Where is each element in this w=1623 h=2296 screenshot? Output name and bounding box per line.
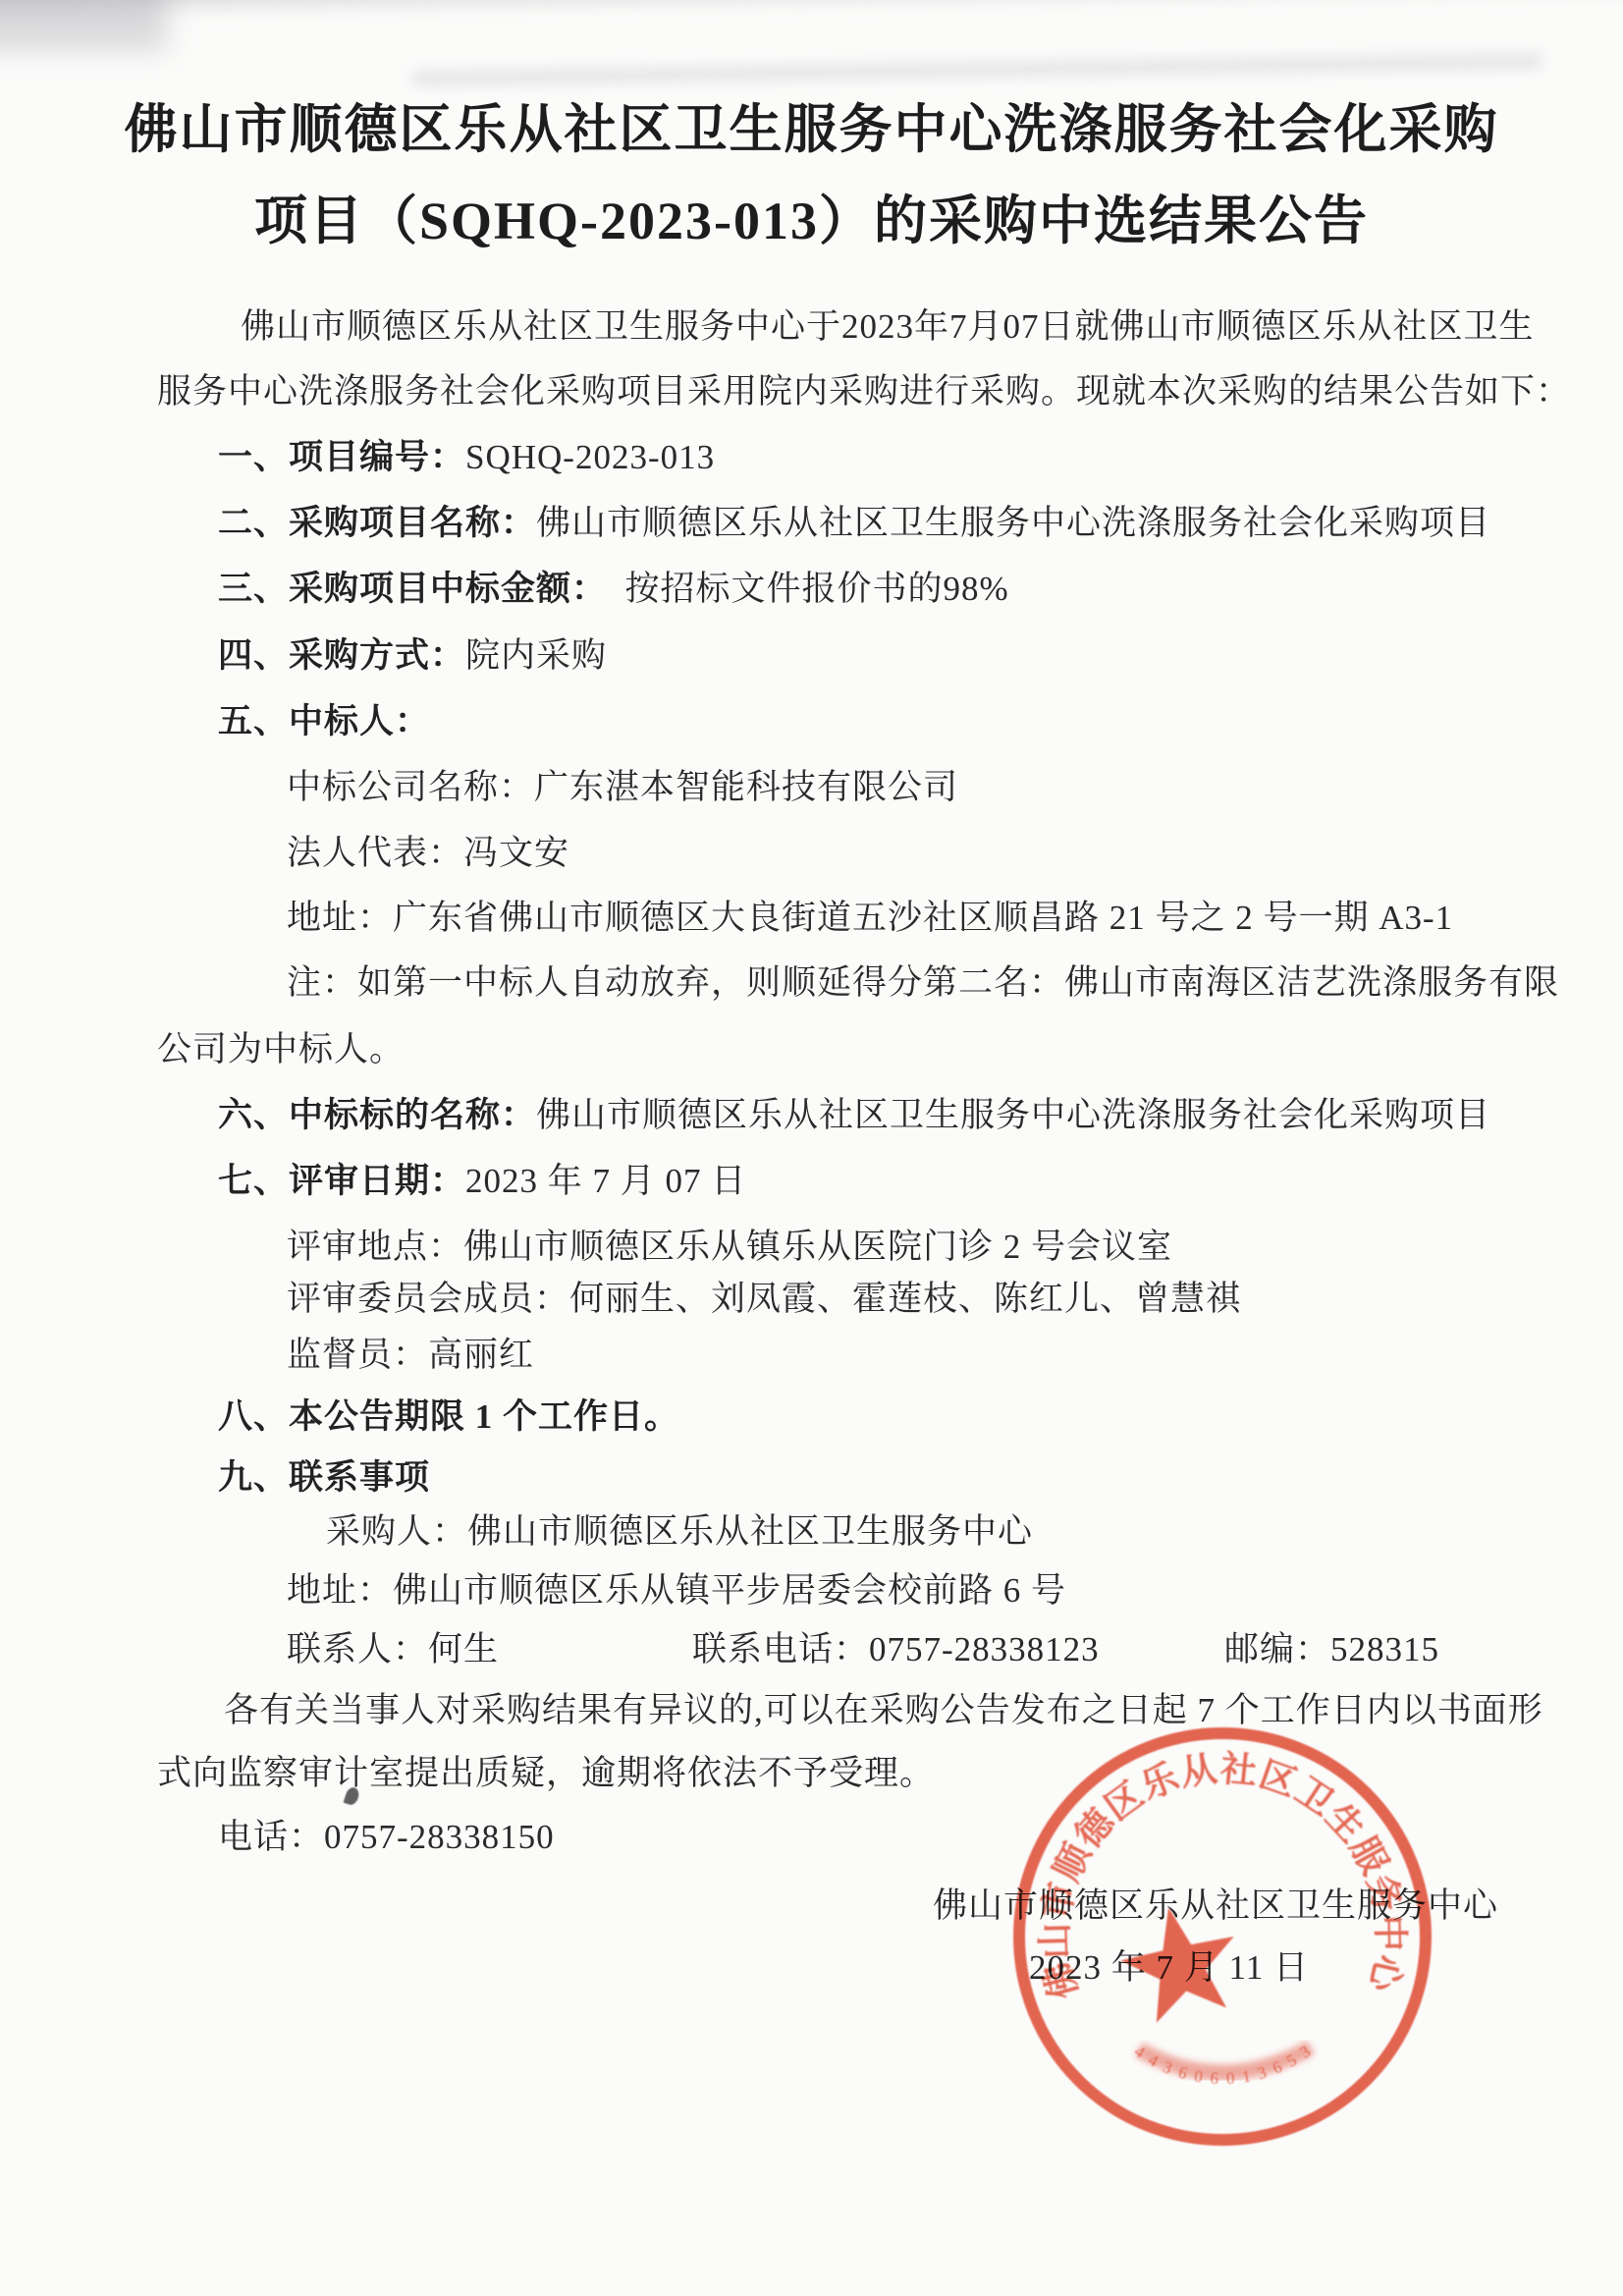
star-icon <box>1111 1895 1248 2027</box>
review-location: 评审地点：佛山市顺德区乐从镇乐从医院门诊 2 号会议室 <box>287 1225 1172 1270</box>
document-title-line-1: 佛山市顺德区乐从社区卫生服务中心洗涤服务社会化采购 <box>0 98 1623 161</box>
item-announcement-period: 八、本公告期限 1 个工作日。 <box>218 1394 679 1440</box>
contact-person: 联系人：何生 <box>287 1627 499 1672</box>
note-line-1: 注：如第一中标人自动放弃，则顺延得分第二名：佛山市南海区洁艺洗涤服务有限 <box>287 960 1559 1006</box>
scanned-announcement-page: 佛山市顺德区乐从社区卫生服务中心洗涤服务社会化采购 项目（SQHQ-2023-0… <box>0 0 1623 2296</box>
item-procurement-method: 四、采购方式：院内采购 <box>218 633 607 679</box>
purchaser: 采购人：佛山市顺德区乐从社区卫生服务中心 <box>326 1509 1033 1555</box>
winner-company-name: 中标公司名称：广东湛本智能科技有限公司 <box>287 765 958 810</box>
contact-phone: 联系电话：0757-28338123 <box>692 1627 1100 1672</box>
legal-representative: 法人代表：冯文安 <box>287 831 569 876</box>
item-award-subject-name: 六、中标标的名称：佛山市顺德区乐从社区卫生服务中心洗涤服务社会化采购项目 <box>218 1093 1490 1138</box>
item-review-date: 七、评审日期：2023 年 7 月 07 日 <box>218 1159 746 1204</box>
phone-line: 电话：0757-28338150 <box>218 1815 555 1860</box>
postal-code: 邮编：528315 <box>1224 1627 1439 1672</box>
scan-shadow-band <box>0 0 1623 20</box>
intro-line-2: 服务中心洗涤服务社会化采购项目采用院内采购进行采购。现就本次采购的结果公告如下： <box>157 369 1571 414</box>
item-winner-heading-label: 五、中标人： <box>218 702 430 740</box>
seal-bottom-smudge <box>1139 2048 1311 2073</box>
item-review-date-label: 七、评审日期： <box>218 1162 465 1200</box>
item-award-subject-label: 六、中标标的名称： <box>218 1096 536 1134</box>
item-winner-heading: 五、中标人： <box>218 699 430 744</box>
note-line-2: 公司为中标人。 <box>157 1027 405 1072</box>
item-project-number-label: 一、项目编号： <box>218 438 465 476</box>
intro-line-1: 佛山市顺德区乐从社区卫生服务中心于2023年7月07日就佛山市顺德区乐从社区卫生 <box>241 304 1535 350</box>
item-project-number-value: SQHQ-2023-013 <box>465 438 715 476</box>
item-procurement-method-value: 院内采购 <box>465 636 607 675</box>
item-project-name-label: 二、采购项目名称： <box>218 504 536 542</box>
purchaser-address: 地址：佛山市顺德区乐从镇平步居委会校前路 6 号 <box>287 1568 1066 1613</box>
item-award-subject-value: 佛山市顺德区乐从社区卫生服务中心洗涤服务社会化采购项目 <box>536 1096 1490 1134</box>
supervisor: 监督员：高丽红 <box>287 1333 534 1378</box>
item-award-amount-value: 按招标文件报价书的98% <box>590 570 1009 608</box>
scan-corner-shadow <box>0 0 167 49</box>
item-project-name-value: 佛山市顺德区乐从社区卫生服务中心洗涤服务社会化采购项目 <box>536 504 1490 542</box>
item-procurement-method-label: 四、采购方式： <box>218 636 465 675</box>
item-project-name: 二、采购项目名称：佛山市顺德区乐从社区卫生服务中心洗涤服务社会化采购项目 <box>218 501 1490 546</box>
item-review-date-value: 2023 年 7 月 07 日 <box>465 1162 746 1200</box>
official-seal: 佛山市顺德区乐从社区卫生服务中心 443606013653 <box>1001 1716 1443 2158</box>
item-project-number: 一、项目编号：SQHQ-2023-013 <box>218 435 715 480</box>
item-contact-matters: 九、联系事项 <box>218 1455 430 1501</box>
item-award-amount: 三、采购项目中标金额： 按招标文件报价书的98% <box>218 567 1009 612</box>
item-award-amount-label: 三、采购项目中标金额： <box>218 570 590 608</box>
objection-line-2: 式向监察审计室提出质疑，逾期将依法不予受理。 <box>157 1751 935 1796</box>
document-title-line-2: 项目（SQHQ-2023-013）的采购中选结果公告 <box>0 190 1623 252</box>
review-committee: 评审委员会成员：何丽生、刘凤霞、霍莲枝、陈红儿、曾慧祺 <box>287 1277 1241 1322</box>
winner-address: 地址：广东省佛山市顺德区大良街道五沙社区顺昌路 21 号之 2 号一期 A3-1 <box>287 896 1453 941</box>
scan-streak <box>412 54 1542 85</box>
